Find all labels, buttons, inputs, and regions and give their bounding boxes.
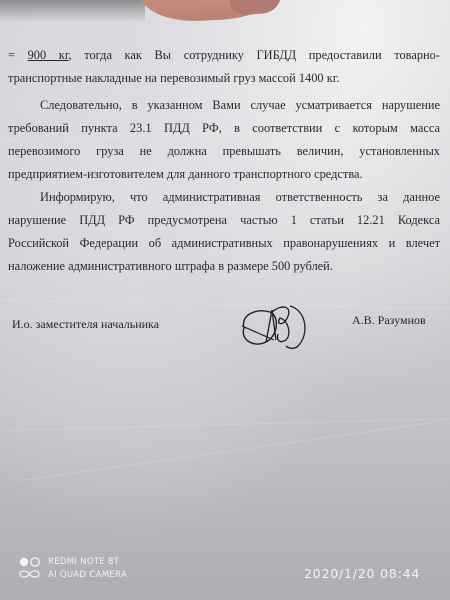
- document-paper: [0, 0, 450, 600]
- paper-crease: [0, 300, 450, 309]
- camera-lens-logo-icon: [18, 556, 42, 580]
- paragraph-1: = 900 кг, тогда как Вы сотруднику ГИБДД …: [8, 44, 440, 90]
- text-line: перевозимого груза не должна превышать в…: [8, 140, 440, 163]
- line-text: , тогда как Вы сотруднику ГИБДД предоста…: [69, 48, 440, 62]
- underlined-mass: 900 кг: [28, 48, 69, 62]
- camera-model: REDMI NOTE 8T: [48, 556, 127, 569]
- paragraph-2: Следовательно, в указанном Вами случае у…: [8, 94, 440, 186]
- handwritten-signature: [236, 300, 316, 352]
- camera-model-text: REDMI NOTE 8T AI QUAD CAMERA: [48, 556, 127, 582]
- photo-timestamp: 2020/1/20 08:44: [304, 566, 420, 581]
- text-line: Информирую, что административная ответст…: [8, 186, 440, 209]
- text-line: наложение административного штрафа в раз…: [8, 255, 440, 278]
- text-line: Российской Федерации об административных…: [8, 232, 440, 255]
- text-line: Следовательно, в указанном Вами случае у…: [8, 94, 440, 117]
- text-line: нарушение ПДД РФ предусмотрена частью 1 …: [8, 209, 440, 232]
- text-line: требований пункта 23.1 ПДД РФ, в соответ…: [8, 117, 440, 140]
- paper-crease: [20, 422, 436, 481]
- text-line: транспортные накладные на перевозимый гр…: [8, 67, 440, 90]
- paragraph-3: Информирую, что административная ответст…: [8, 186, 440, 278]
- shadow-region: [0, 0, 145, 22]
- text-line: предприятием-изготовителем для данного т…: [8, 163, 440, 186]
- signatory-name: А.В. Разумнов: [352, 313, 426, 328]
- camera-subtitle: AI QUAD CAMERA: [48, 569, 127, 582]
- equals-sign: =: [8, 48, 28, 62]
- signatory-title: И.о. заместителя начальника: [12, 317, 159, 332]
- text-line: = 900 кг, тогда как Вы сотруднику ГИБДД …: [8, 44, 440, 67]
